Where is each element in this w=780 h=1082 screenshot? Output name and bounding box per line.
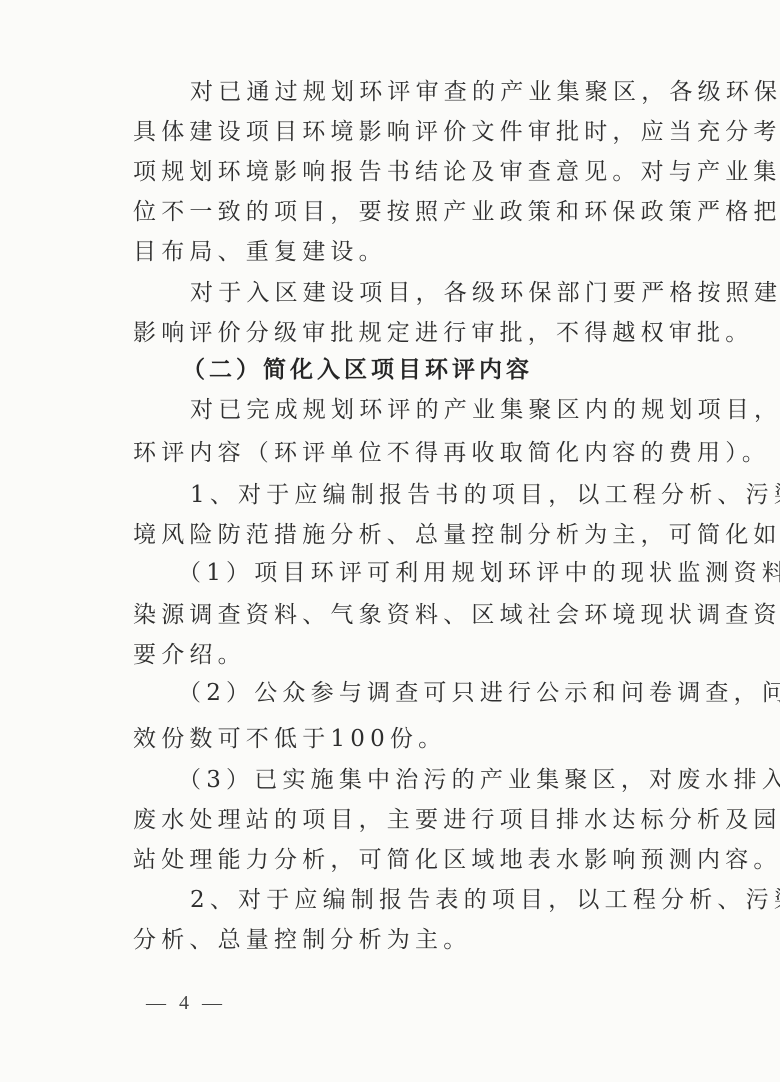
- paragraph-line: 废水处理站的项目，主要进行项目排水达标分析及园区废水处理: [133, 804, 713, 836]
- paragraph-line: 分析、总量控制分析为主。: [133, 924, 713, 956]
- paragraph-line: 要介绍。: [133, 639, 713, 671]
- paragraph-line: 位不一致的项目，要按照产业政策和环保政策严格把关，防止盲: [133, 196, 713, 228]
- paragraph-line: 项规划环境影响报告书结论及审查意见。对与产业集聚区产业定: [133, 156, 713, 188]
- page-number: — 4 —: [146, 992, 226, 1015]
- section-heading: （二）简化入区项目环评内容: [182, 354, 762, 386]
- paragraph-line: 环评内容（环评单位不得再收取简化内容的费用）。: [133, 437, 713, 469]
- paragraph-line: 2、对于应编制报告表的项目，以工程分析、污染防治措施: [190, 884, 770, 916]
- paragraph-line: 对已完成规划环评的产业集聚区内的规划项目，可简化项目: [190, 394, 770, 426]
- paragraph-line: 站处理能力分析，可简化区域地表水影响预测内容。: [133, 844, 713, 876]
- paragraph-line: 目布局、重复建设。: [133, 236, 713, 268]
- paragraph-line: （1）项目环评可利用规划环评中的现状监测资料、区域污: [178, 557, 758, 589]
- paragraph-line: 境风险防范措施分析、总量控制分析为主，可简化如下内容:: [133, 519, 713, 551]
- paragraph-line: 1、对于应编制报告书的项目，以工程分析、污染防治及环: [190, 479, 770, 511]
- paragraph-line: 对已通过规划环评审查的产业集聚区，各级环保部门在进行: [190, 76, 770, 108]
- paragraph-line: 具体建设项目环境影响评价文件审批时，应当充分考虑相关的专: [133, 116, 713, 148]
- paragraph-line: 对于入区建设项目，各级环保部门要严格按照建设项目环境: [190, 277, 770, 309]
- paragraph-line: 影响评价分级审批规定进行审批，不得越权审批。: [133, 317, 713, 349]
- paragraph-line: 效份数可不低于100份。: [133, 723, 713, 755]
- document-page: 对已通过规划环评审查的产业集聚区，各级环保部门在进行 具体建设项目环境影响评价文…: [0, 0, 780, 1082]
- paragraph-line: 染源调查资料、气象资料、区域社会环境现状调查资料，仅作简: [133, 599, 713, 631]
- paragraph-line: （2）公众参与调查可只进行公示和问卷调查，问卷调查有: [178, 677, 758, 709]
- paragraph-line: （3）已实施集中治污的产业集聚区，对废水排入园区工业: [178, 764, 758, 796]
